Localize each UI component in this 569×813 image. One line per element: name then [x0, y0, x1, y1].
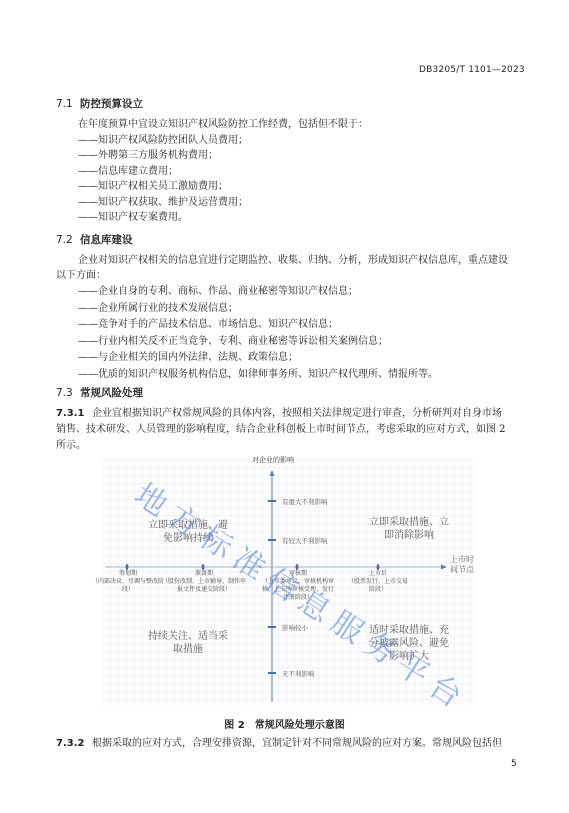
- section-7-1-heading: 7.1防控预算设立: [56, 96, 143, 111]
- section-7-1-body: 在年度预算中宜设立知识产权风险防控工作经费，包括但不限于： ——知识产权风险防控…: [78, 115, 368, 228]
- section-number: 7.3: [56, 387, 80, 399]
- list-item: ——优质的知识产权服务机构信息，如律师事务所、知识产权代理所、情报所等。: [78, 365, 438, 385]
- stage-label: 筹划期 （内部决议、尽调与整改阶段）: [88, 570, 168, 594]
- stage-desc: （股份改制、上市辅导、制作申报文件及递交阶段）: [160, 578, 248, 594]
- clause-text: 根据采取的应对方式，合理安排资源，宜制定针对不同常规风险的应对方案。常规风险包括…: [92, 738, 502, 749]
- y-axis-label: 对企业的影响: [252, 455, 294, 465]
- document-code: DB3205/T 1101—2023: [419, 65, 525, 75]
- clause-7-3-1-line3: 所示。: [56, 436, 86, 456]
- x-axis-label: 上市时 间节点: [450, 555, 474, 575]
- y-tick-label: 影响较小: [282, 623, 308, 632]
- clause-7-3-2: 7.3.2根据采取的应对方式，合理安排资源，宜制定针对不同常规风险的应对方案。常…: [56, 734, 502, 754]
- stage-label: 上市后 （股票发行、上市交易阶段）: [346, 570, 410, 594]
- section-7-2-list: ——企业自身的专利、商标、作品、商业秘密等知识产权信息； ——企业所属行业的技术…: [78, 282, 438, 384]
- section-title: 信息库建设: [80, 234, 133, 246]
- section-number: 7.2: [56, 234, 80, 246]
- section-7-2-heading: 7.2信息库建设: [56, 232, 133, 247]
- stage-name: 筹划期: [88, 570, 168, 578]
- clause-number: 7.3.2: [56, 734, 92, 754]
- y-tick-label: 无不利影响: [282, 669, 315, 678]
- stage-desc: （内部决议、尽调与整改阶段）: [88, 578, 168, 594]
- y-tick-label: 有重大不利影响: [282, 497, 328, 506]
- quadrant-top-right: 立即采取措施、立即消除影响: [368, 516, 450, 542]
- clause-text: 企业宜根据知识产权常规风险的具体内容，按照相关法律规定进行审查，分析研判对自身市…: [92, 408, 502, 419]
- stage-desc: （股票发行、上市交易阶段）: [346, 578, 410, 594]
- clause-7-3-1-line2: 销售、技术研发、人员管理的影响程度，结合企业科创板上市时间节点，考虑采取的应对方…: [56, 420, 506, 440]
- section-title: 防控预算设立: [80, 98, 143, 110]
- quadrant-bottom-left: 持续关注、适当采取措施: [146, 630, 230, 656]
- section-7-3-heading: 7.3常规风险处理: [56, 385, 143, 400]
- page-number: 5: [511, 759, 517, 769]
- x-axis-label-line1: 上市时: [450, 555, 474, 565]
- stage-name: 上市后: [346, 570, 410, 578]
- section-title: 常规风险处理: [80, 387, 143, 399]
- section-number: 7.1: [56, 98, 80, 110]
- y-tick-label: 有较大不利影响: [282, 536, 328, 545]
- x-axis-label-line2: 间节点: [450, 565, 474, 575]
- section-7-2-intro: 企业对知识产权相关的信息宜进行定期监控、收集、归纳、分析，形成知识产权信息库，重…: [78, 251, 508, 271]
- figure-caption: 图 2 常规风险处理示意图: [0, 716, 569, 731]
